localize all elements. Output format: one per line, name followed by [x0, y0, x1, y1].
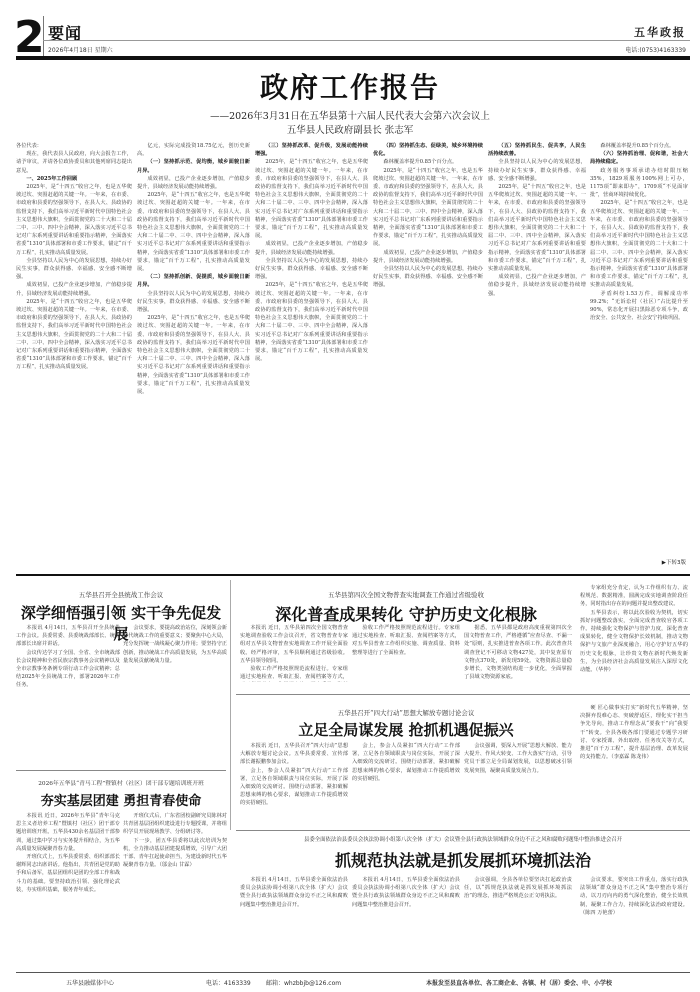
column-divider: [230, 580, 231, 830]
article-kicker: 县委全面依法治县委员会执法协调小组第八次全体（扩大）会议暨全县行政执法领域群众身…: [236, 835, 690, 843]
salutation: 各位代表：: [16, 142, 132, 150]
paragraph: 森林覆盖率提升0.85个百分点。: [590, 142, 688, 150]
article-column: 会议强调，全县各单位要坚决扛起政治责任，以“抓规范执法就是抓发展抓环境抓法治”的…: [464, 876, 572, 966]
paragraph: 会上，参会人员紧扣“四大行动”工作部署，立足各自领域职责与岗位实际，开展了深入细…: [240, 767, 348, 808]
masthead-thick-rule: [16, 56, 690, 60]
paragraph: 下一步，团五华县委将以此次培训为契机，全力推动基层团建提质增效，引导广大团干部、…: [123, 837, 227, 870]
article-divider: [236, 830, 690, 831]
article-column: 本报讯 4月14日，五华县委全面依法治县委员会执法协调小组第八次全体（扩大）会议…: [352, 876, 460, 966]
subhead: 一、2025年工作回顾: [16, 175, 132, 183]
lead-column-4: （四）坚持抓生态、促绿美，城乡环境持续优化。 森林覆盖率提升0.85个百分点。 …: [373, 142, 483, 560]
paragraph: 本报讯 近日，2026年五华县“青年马克思主义者培养工程”暨镇村（社区）团干部专…: [16, 812, 120, 853]
paragraph: 成效初显，已投产企业逐步增加，产值稳步提升，县域经济发展动能持续增强。: [488, 273, 586, 298]
masthead-rule: [43, 40, 690, 41]
paragraph: 森林覆盖率提升0.85个百分点。: [373, 158, 483, 166]
paragraph: 政务服务事项承诺办结时限压缩35%，1829项服务100%网上可办，1175项“…: [590, 167, 688, 200]
paragraph: 会议传达学习了全国、全省、全市统战部长会议精神和全省民族宗教事务会议精神以及全市…: [16, 649, 120, 690]
page-number: 2: [14, 18, 43, 58]
article-divider: [236, 694, 690, 695]
paragraph: 全县坚持以人民为中心的发展思想，持续办好民生实事，群众获得感、幸福感、安全感不断…: [255, 257, 368, 282]
issue-date: 2026年4月18日 星期六: [48, 45, 113, 54]
masthead-divider: [43, 16, 44, 58]
article-divider: [16, 770, 226, 771]
article-column: 验收工作严格按照规范流程进行。专家组通过实地检查、听取汇报、查阅档案等方式，对五…: [352, 624, 460, 682]
lead-column-5: （五）坚持抓民生、促共享，人民生活持续改善。 全县坚持以人民为中心的发展思想，持…: [488, 142, 586, 560]
paragraph: 本报讯 近日，五华县第四次全国文物普查实地调查验收工作会议召开，省文物普查专家组…: [240, 624, 348, 665]
paragraph: 2025年，是“十四五”收官之年，也是五华爬坡过坎、突围赶超的关键一年。一年来，…: [137, 314, 250, 396]
article-kicker: 五华县召开全县统战工作会议: [16, 590, 226, 599]
paragraph: 成效初显，已投产企业逐步增加，产值稳步提升，县域经济发展动能持续增强。: [255, 240, 368, 256]
article-headline: 抓规范执法就是抓发展抓环境抓法治: [236, 848, 690, 871]
paragraph: 全县坚持以人民为中心的发展思想，持续办好民生实事，群众获得感、幸福感、安全感不断…: [488, 158, 586, 183]
article-headline: 深化普查成果转化 守护历史文化根脉: [236, 602, 576, 625]
article-kicker: 2026年五华县“青马工程”暨镇村（社区）团干部专题培训班开班: [16, 778, 226, 787]
paragraph: 硬 匠心做事实打实”新时代五华精神，坚决摒弃畏难心态、突破舒适区，理化实干担当争…: [580, 704, 688, 761]
lead-author: 五华县人民政府副县长 张志军: [0, 122, 700, 136]
paragraph: 2025年，是“十四五”收官之年，也是五华爬坡过坎、突围赶超的关键一年。一年来，…: [255, 281, 368, 363]
lead-column-2: 亿元，实际完成投资18.75亿元，创历史新高。 （一）坚持抓示范、促均衡，城乡面…: [137, 142, 250, 560]
masthead-phone: 电话:(0753)4163339: [625, 45, 686, 54]
paragraph: 会议要求，要突出工作重点，落实行政执法领域“群众身边不正之风”集中整治专项行动，…: [580, 876, 688, 917]
subhead: （三）坚持抓改革、促升级，发展动能持续增强。: [255, 142, 368, 158]
footer-phone: 电话：4163339: [206, 978, 251, 987]
paragraph: 2025年，是“十四五”收官之年，也是五华爬坡过坎、突围赶超的关键一年。一年来，…: [137, 191, 250, 273]
subhead: （四）坚持抓生态、促绿美，城乡环境持续优化。: [373, 142, 483, 158]
paragraph: 专家组充分肯定，认为工作组织有力、流程规范、数据精准，圆满完成实地调查阶段任务，…: [580, 584, 688, 609]
paragraph: 本报讯 4月14日，五华县委全面依法治县委员会执法协调小组第八次全体（扩大）会议…: [352, 876, 460, 909]
paragraph: 成效初显，已投产企业逐步增加，产值稳步提升，县域经济发展动能持续增强。: [16, 281, 132, 297]
paragraph: 2025年，是“十四五”收官之年，也是五华爬坡过坎、突围赶超的关键一年。一年来，…: [373, 167, 483, 249]
article-column: 本报讯 4月14日，五华县召开全县统战工作会议。县委常委、县委统战部部长、统战部…: [16, 624, 120, 764]
article-headline: 立足全局谋发展 抢抓机遇促振兴: [236, 719, 576, 740]
article-column: 据悉，五华县都是政府高度重视第四次全国文物普查工作，严格遵循“应查尽查、不漏一处…: [464, 624, 572, 682]
lead-column-6: 森林覆盖率提升0.85个百分点。 （六）坚持抓治理、促和谐，社会大局持续稳定。 …: [590, 142, 688, 556]
paragraph: 本报讯 近日，五华县召开“四大行动”思想大解放专题讨论会议。五华县委常委、宣传部…: [240, 742, 348, 767]
paragraph: 开班仪式后，广东省团校副研究员陈林对共青团基层团组织建设进行专题授课，并将组织学…: [123, 812, 227, 837]
paragraph: 现在，我代表县人民政府，向大会报告工作，请予审议，并请各位政协委员和其他列席同志…: [16, 150, 132, 175]
article-kicker: 五华县第四次全国文物普查实地调查工作通过省级验收: [236, 590, 576, 599]
paragraph: 全县坚持以人民为中心的发展思想，持续办好民生实事，群众获得感、幸福感、安全感不断…: [373, 265, 483, 290]
footer-email: 邮箱：whzbbjb@126.com: [266, 978, 341, 987]
article-column: 本报讯 近日，2026年五华县“青年马克思主义者培养工程”暨镇村（社区）团干部专…: [16, 812, 120, 964]
page-footer: 五华县融媒体中心 电话：4163339 邮箱：whzbbjb@126.com 本…: [16, 972, 690, 988]
paragraph: 成效初显，已投产企业逐步增加，产值稳步提升，县域经济发展动能持续增强。: [137, 175, 250, 191]
article-column: 会议强调，要深入开展“思想大解放、能力大提升、作风大转变、工作大落实”行动，引导…: [464, 742, 572, 824]
paragraph: 2025年，是“十四五”收官之年，也是五华爬坡过坎、突围赶超的关键一年。一年来，…: [16, 183, 132, 257]
subhead: （五）坚持抓民生、促共享，人民生活持续改善。: [488, 142, 586, 158]
footer-distribution: 本报发至县直各单位、各工商企业、各镇、村（居）委会、中、小学校: [426, 978, 612, 987]
paragraph: 会议要求，要提高政治站位，深刻领会新时代统战工作的重要意义；要聚焦中心大局，充分…: [123, 624, 227, 665]
paragraph: 本报讯 4月14日，五华县召开全县统战工作会议。县委常委、县委统战部部长、统战部…: [16, 624, 120, 649]
article-kicker: 五华县召开“四大行动”思想大解放专题讨论会议: [236, 708, 576, 717]
paragraph: 成效初显，已投产企业逐步增加，产值稳步提升，县域经济发展动能持续增强。: [373, 249, 483, 265]
paragraph: 会上，参会人员紧扣“四大行动”工作部署，立足各自领域职责与岗位实际，开展了深入细…: [352, 742, 460, 783]
footer-publisher: 五华县融媒体中心: [66, 978, 114, 987]
paragraph: 2025年，是“十四五”收官之年，也是五华爬坡过坎、突围赶超的关键一年。一年来，…: [590, 199, 688, 289]
paper-name: 五华政报: [634, 24, 686, 40]
paragraph: 2025年，是“十四五”收官之年，也是五华爬坡过坎、突围赶超的关键一年。一年来，…: [255, 158, 368, 240]
paragraph: 开班仪式上，五华县委常委、组织部部长谢辉同志出席讲话。他指出，共青团是党的助手和…: [16, 853, 120, 894]
paragraph: 验收工作严格按照规范流程进行。专家组通过实地检查、听取汇报、查阅档案等方式，对五…: [240, 665, 348, 682]
article-headline: 夯实基层团建 勇担青春使命: [16, 790, 226, 809]
paragraph: 全县坚持以人民为中心的发展思想，持续办好民生实事，群众获得感、幸福感、安全感不断…: [16, 257, 132, 282]
article-column: 会议要求，要突出工作重点，落实行政执法领域“群众身边不正之风”集中整治专项行动，…: [580, 876, 688, 966]
lead-column-3: （三）坚持抓改革、促升级，发展动能持续增强。 2025年，是“十四五”收官之年，…: [255, 142, 368, 560]
lead-column-1: 各位代表： 现在，我代表县人民政府，向大会报告工作，请予审议，并请各位政协委员和…: [16, 142, 132, 560]
lead-title: 政府工作报告: [0, 66, 700, 106]
article-column: 会上，参会人员紧扣“四大行动”工作部署，立足各自领域职责与岗位实际，开展了深入细…: [352, 742, 460, 824]
paragraph: 会议强调，全县各单位要坚决扛起政治责任，以“抓规范执法就是抓发展抓环境抓法治”的…: [464, 876, 572, 901]
paragraph: 亿元，实际完成投资18.75亿元，创历史新高。: [137, 142, 250, 158]
subhead: （二）坚持抓创新、促提质，城乡面貌日新月异。: [137, 273, 250, 289]
paragraph: 会议强调，要深入开展“思想大解放、能力大提升、作风大转变、工作大落实”行动，引导…: [464, 742, 572, 775]
article-column: 会议要求，要提高政治站位，深刻领会新时代统战工作的重要意义；要聚焦中心大局，充分…: [123, 624, 227, 764]
continue-marker: ▶下转3版: [662, 558, 686, 566]
paragraph: 矛盾纠纷1.53万件，调解成功率99.2%；“无诉讼村（社区）”占比提升至90%…: [590, 290, 688, 323]
paragraph: 2025年，是“十四五”收官之年，也是五华爬坡过坎、突围赶超的关键一年。一年来，…: [488, 183, 586, 273]
masthead: 2 要闻 2026年4月18日 星期六 五华政报 电话:(0753)416333…: [0, 0, 700, 62]
paragraph: 2025年，是“十四五”收官之年，也是五华爬坡过坎、突围赶超的关键一年。一年来，…: [16, 298, 132, 372]
article-column: 本报讯 近日，五华县召开“四大行动”思想大解放专题讨论会议。五华县委常委、宣传部…: [240, 742, 348, 824]
paragraph: 全县坚持以人民为中心的发展思想，持续办好民生实事，群众获得感、幸福感、安全感不断…: [137, 290, 250, 315]
subhead: （一）坚持抓示范、促均衡，城乡面貌日新月异。: [137, 158, 250, 174]
paragraph: 本报讯 4月14日，五华县委全面依法治县委员会执法协调小组第八次全体（扩大）会议…: [240, 876, 348, 909]
paragraph: 据悉，五华县都是政府高度重视第四次全国文物普查工作，严格遵循“应查尽查、不漏一处…: [464, 624, 572, 681]
article-column: 专家组充分肯定，认为工作组织有力、流程规范、数据精准，圆满完成实地调查阶段任务，…: [580, 584, 688, 686]
section-divider: [16, 574, 690, 576]
subhead: （六）坚持抓治理、促和谐，社会大局持续稳定。: [590, 150, 688, 166]
paragraph: 验收工作严格按照规范流程进行。专家组通过实地检查、听取汇报、查阅档案等方式，对五…: [352, 624, 460, 657]
article-column: 本报讯 4月14日，五华县委全面依法治县委员会执法协调小组第八次全体（扩大）会议…: [240, 876, 348, 966]
article-column: 开班仪式后，广东省团校副研究员陈林对共青团基层团组织建设进行专题授课，并将组织学…: [123, 812, 227, 964]
article-column: 本报讯 近日，五华县第四次全国文物普查实地调查验收工作会议召开，省文物普查专家组…: [240, 624, 348, 682]
lead-subtitle: ——2026年3月31日在五华县第十六届人民代表大会第六次会议上: [0, 108, 700, 122]
paragraph: 五华县表示，将以此次验收为契机，切实抓好问题整改落实，全面完成普查收官各项工作。…: [580, 609, 688, 675]
article-column: 硬 匠心做事实打实”新时代五华精神，坚决摒弃畏难心态、突破舒适区，理化实干担当争…: [580, 704, 688, 824]
